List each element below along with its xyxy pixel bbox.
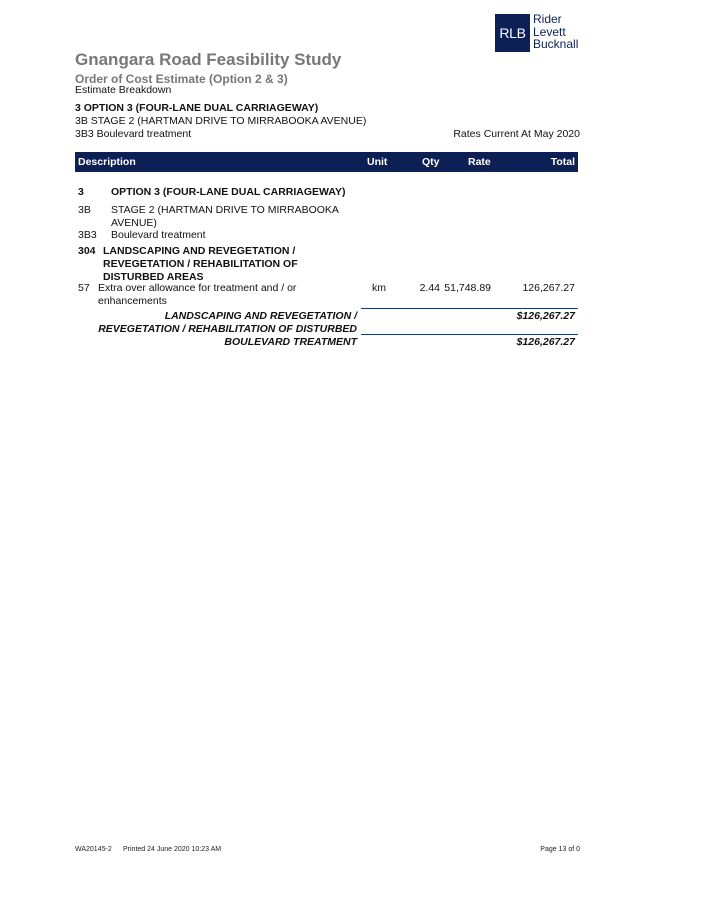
rlb-logo: RLB Rider Levett Bucknall (495, 14, 578, 52)
section-code: 304 (78, 245, 96, 258)
section-code: 3B (78, 204, 91, 217)
stage-heading: 3B STAGE 2 (HARTMAN DRIVE TO MIRRABOOKA … (75, 115, 366, 127)
col-rate: Rate (468, 156, 491, 168)
section-code: 3 (78, 186, 84, 199)
subtotal-value: $126,267.27 (517, 310, 575, 322)
item-total: 126,267.27 (522, 282, 575, 294)
item-qty: 2.44 (420, 282, 440, 294)
document-title: Gnangara Road Feasibility Study (75, 50, 341, 70)
document-subsubtitle: Estimate Breakdown (75, 84, 171, 96)
col-description: Description (78, 156, 136, 168)
col-unit: Unit (367, 156, 387, 168)
footer-page: Page 13 of 0 (540, 846, 580, 853)
item-rate: 51,748.89 (444, 282, 491, 294)
subtotal-rule (361, 308, 578, 309)
section-code: 3B3 (78, 229, 97, 242)
item-unit: km (372, 282, 386, 294)
option-heading: 3 OPTION 3 (FOUR-LANE DUAL CARRIAGEWAY) (75, 102, 318, 114)
element-heading: 3B3 Boulevard treatment (75, 128, 191, 140)
section-text: STAGE 2 (HARTMAN DRIVE TO MIRRABOOKA AVE… (111, 204, 339, 230)
section-text: OPTION 3 (FOUR-LANE DUAL CARRIAGEWAY) (111, 186, 346, 199)
item-number: 57 (78, 282, 90, 295)
col-total: Total (551, 156, 575, 168)
logo-mark: RLB (495, 14, 530, 52)
item-description: Extra over allowance for treatment and /… (98, 282, 296, 308)
total-value: $126,267.27 (517, 336, 575, 348)
total-rule (361, 334, 578, 335)
total-label: BOULEVARD TREATMENT (224, 336, 357, 349)
logo-wordmark: Rider Levett Bucknall (533, 13, 578, 51)
subtotal-label: LANDSCAPING AND REVEGETATION / REVEGETAT… (98, 310, 357, 336)
table-header: Description Unit Qty Rate Total (75, 152, 578, 172)
rates-current: Rates Current At May 2020 (453, 128, 580, 140)
section-text: Boulevard treatment (111, 229, 206, 242)
footer-printed: Printed 24 June 2020 10:23 AM (123, 846, 221, 853)
footer-ref: WA20145-2 (75, 846, 112, 853)
section-text: LANDSCAPING AND REVEGETATION / REVEGETAT… (103, 245, 298, 284)
col-qty: Qty (422, 156, 440, 168)
